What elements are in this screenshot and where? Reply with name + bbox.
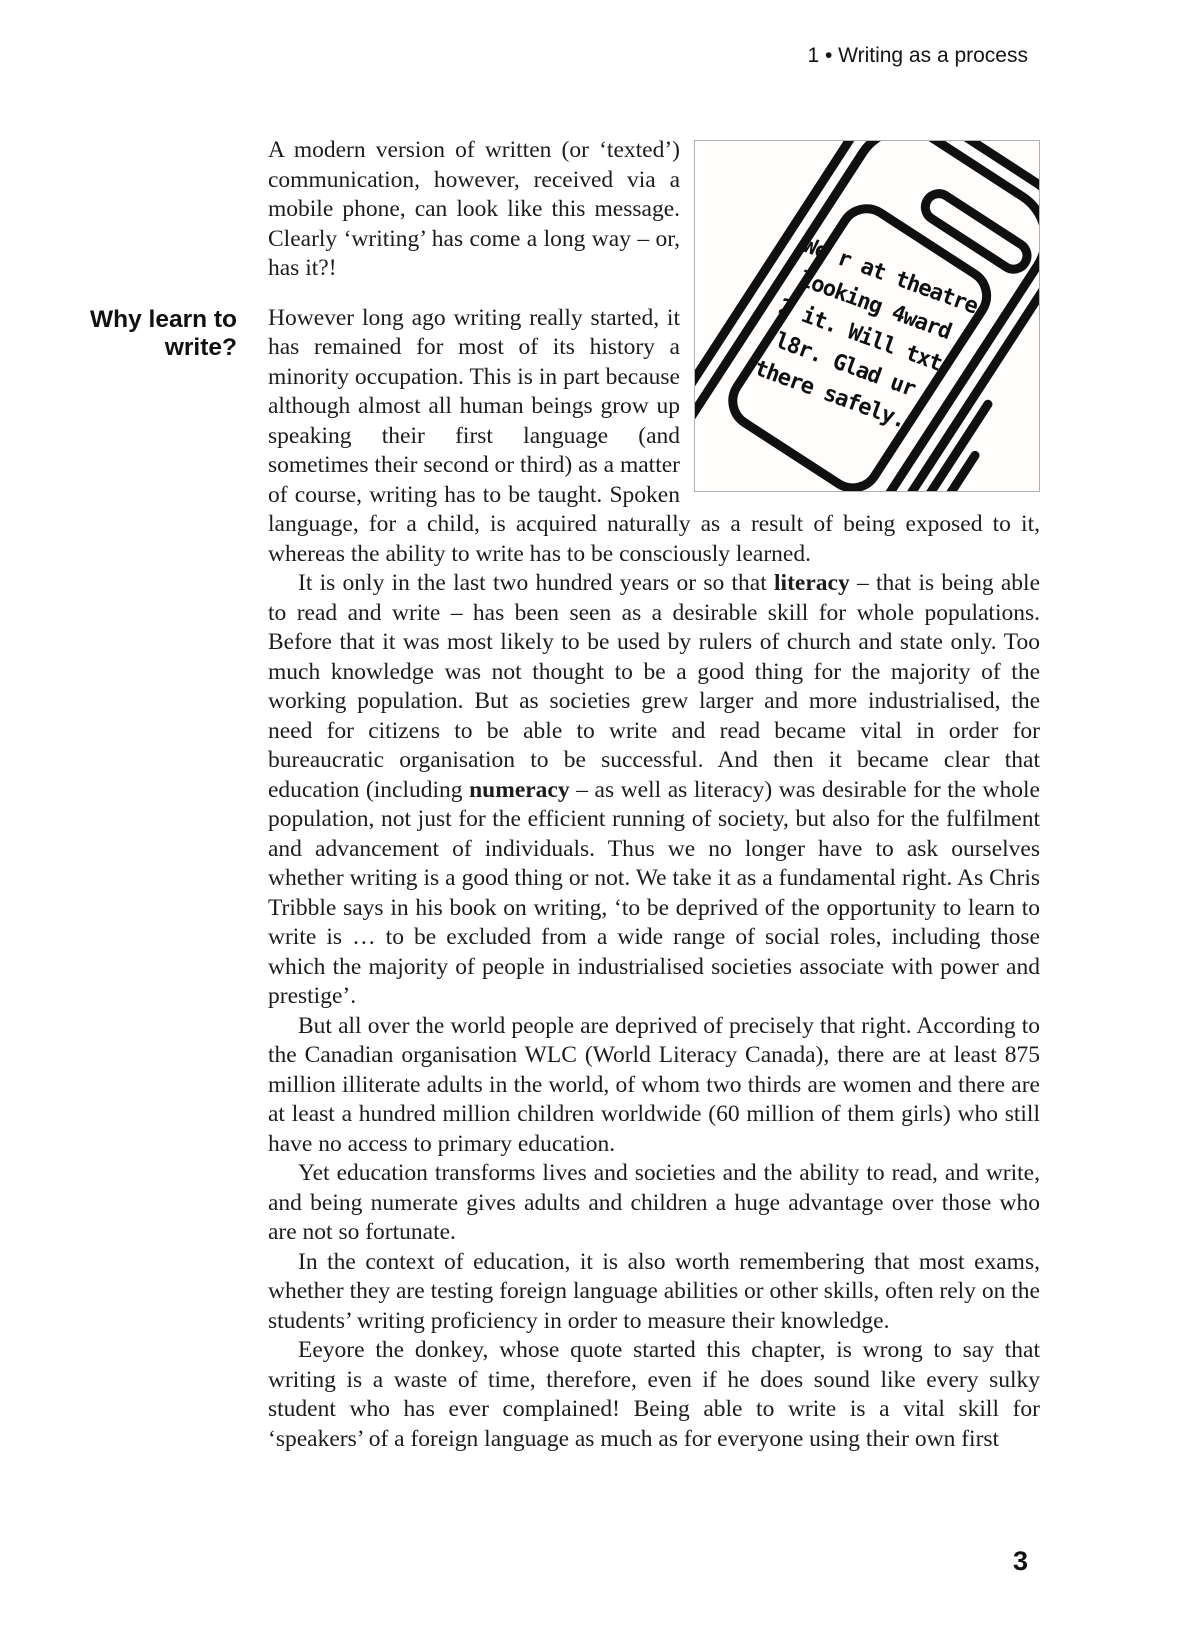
text-run: It is only in the last two hundred years… — [298, 570, 774, 596]
bold-term: numeracy — [469, 777, 570, 803]
body-column: We r at theatre looking 4ward 2 it. Will… — [268, 136, 1040, 1454]
text-run: Eeyore the donkey, whose quote started t… — [268, 1337, 1040, 1452]
phone-illustration-figure: We r at theatre looking 4ward 2 it. Will… — [694, 140, 1040, 492]
text-run: Yet education transforms lives and socie… — [268, 1160, 1040, 1245]
paragraph: It is only in the last two hundred years… — [268, 569, 1040, 1012]
mobile-phone-icon: We r at theatre looking 4ward 2 it. Will… — [695, 141, 1039, 491]
text-run: – that is being able to read and write –… — [268, 570, 1040, 803]
book-page: 1 • Writing as a process Why learn to wr… — [0, 0, 1200, 1632]
bold-term: literacy — [774, 570, 850, 596]
paragraph: Yet education transforms lives and socie… — [268, 1159, 1040, 1248]
text-run: A modern version of written (or ‘texted’… — [268, 137, 680, 281]
text-run: – as well as literacy) was desirable for… — [268, 777, 1040, 1010]
margin-heading: Why learn to write? — [40, 306, 237, 361]
page-number: 3 — [1013, 1546, 1028, 1577]
paragraph: But all over the world people are depriv… — [268, 1012, 1040, 1160]
margin-heading-line1: Why learn to — [40, 306, 237, 334]
running-header: 1 • Writing as a process — [807, 44, 1028, 68]
margin-heading-line2: write? — [40, 334, 237, 362]
text-run: But all over the world people are depriv… — [268, 1013, 1040, 1157]
paragraph: In the context of education, it is also … — [268, 1248, 1040, 1337]
paragraph: Eeyore the donkey, whose quote started t… — [268, 1336, 1040, 1454]
phone-speaker-slot — [920, 189, 1032, 275]
text-run: In the context of education, it is also … — [268, 1249, 1040, 1334]
